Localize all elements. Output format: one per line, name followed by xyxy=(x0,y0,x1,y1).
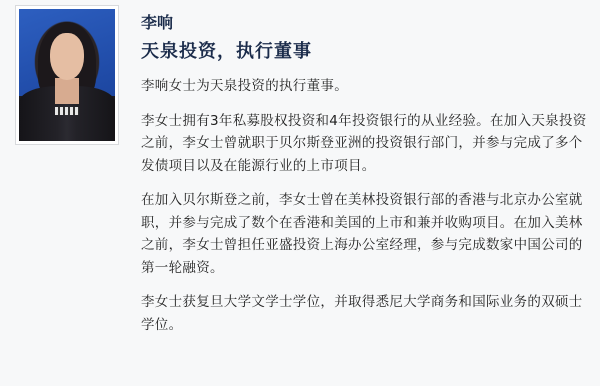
bio-paragraph-2: 李女士拥有3年私募股权投资和4年投资银行的从业经验。在加入天泉投资之前，李女士曾… xyxy=(141,110,591,178)
profile-content: 李响 天泉投资，执行董事 李响女士为天泉投资的执行董事。 李女士拥有3年私募股权… xyxy=(141,14,591,336)
profile-photo-frame xyxy=(15,5,119,145)
bio-paragraph-4: 李女士获复旦大学文学士学位，并取得悉尼大学商务和国际业务的双硕士学位。 xyxy=(141,291,591,336)
person-name: 李响 xyxy=(141,14,591,32)
person-title: 天泉投资，执行董事 xyxy=(141,41,591,63)
photo-collar xyxy=(55,107,78,115)
photo-neck xyxy=(55,78,78,104)
profile-photo xyxy=(19,9,115,141)
bio-paragraph-1: 李响女士为天泉投资的执行董事。 xyxy=(141,75,591,98)
photo-face xyxy=(50,33,85,81)
bio-paragraph-3: 在加入贝尔斯登之前，李女士曾在美林投资银行部的香港与北京办公室就职，并参与完成了… xyxy=(141,189,591,279)
